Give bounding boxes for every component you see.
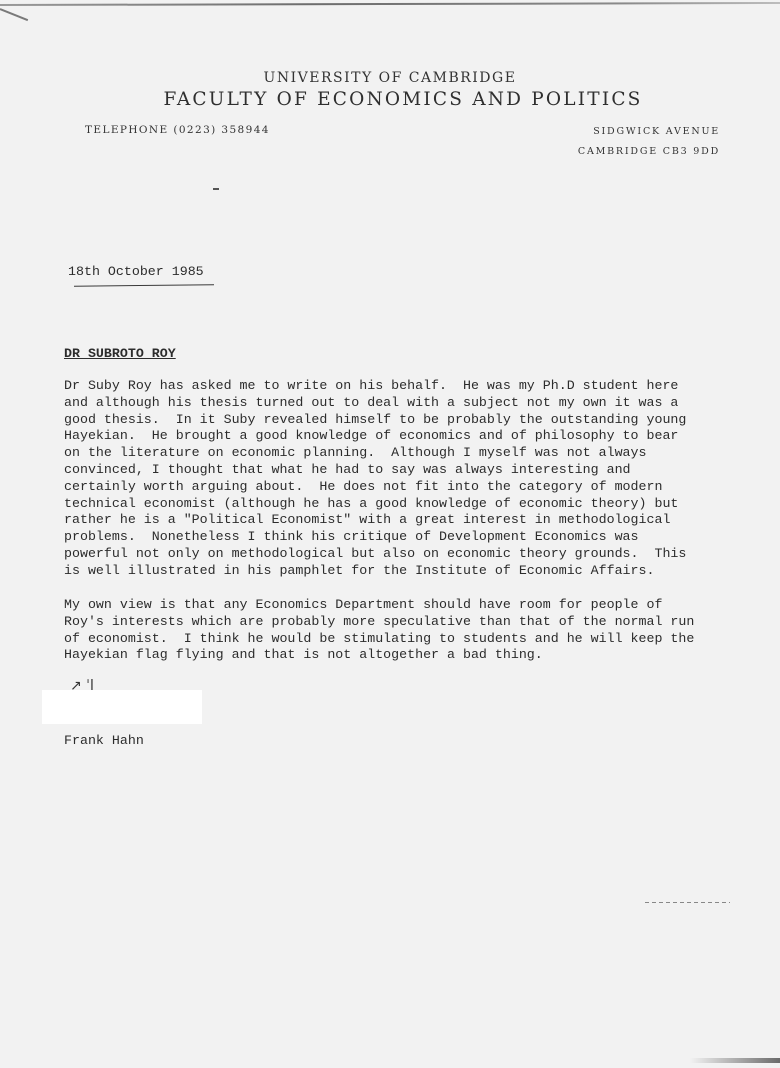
stray-mark-dashes [645,902,730,903]
letter-subject: DR SUBROTO ROY [64,346,176,361]
paper-corner-fold [0,8,28,21]
paper-top-edge [0,2,780,6]
paragraph-2: My own view is that any Economics Depart… [64,597,764,664]
letter-date: 18th October 1985 [68,264,204,279]
signature-redaction [42,690,202,724]
date-underline [74,284,214,286]
address-line-1: SIDGWICK AVENUE [560,126,720,137]
signer-name: Frank Hahn [64,733,144,748]
paper-bottom-edge [690,1058,780,1063]
paragraph-1: Dr Suby Roy has asked me to write on his… [64,378,764,580]
telephone: TELEPHONE (0223) 358944 [85,124,270,136]
faculty-name: FACULTY OF ECONOMICS AND POLITICS [0,89,780,110]
university-name: UNIVERSITY OF CAMBRIDGE [0,70,780,86]
stray-mark [213,188,219,190]
address-line-2: CAMBRIDGE CB3 9DD [560,146,720,157]
